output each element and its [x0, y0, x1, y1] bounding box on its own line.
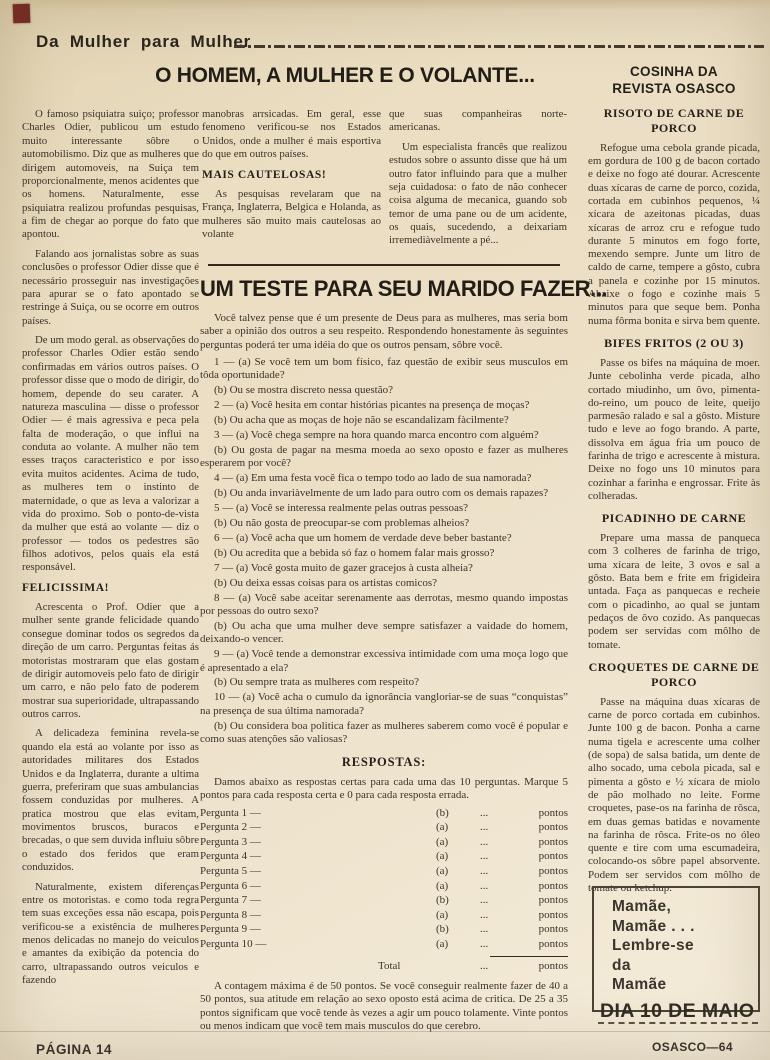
question-6a: 6 — (a) Você acha que um homem de verdad…	[200, 532, 568, 545]
answer-label: Pergunta 4 —	[200, 850, 330, 863]
total-label: Total	[378, 960, 400, 973]
page-edge-shading	[0, 0, 770, 10]
answer-dots: ...	[480, 923, 516, 936]
red-stamp-mark	[13, 4, 31, 24]
total-row: Total ... pontos	[200, 960, 568, 973]
question-1b: (b) Ou se mostra discreto nessa questão?	[200, 384, 568, 397]
question-4b: (b) Ou anda invariàvelmente de um lado p…	[200, 487, 568, 500]
answer-dots: ...	[480, 865, 516, 878]
answer-row: Pergunta 9 — (b) ... pontos	[200, 923, 568, 938]
mamae-ad-date: DIA 10 DE MAIO	[600, 1000, 752, 1023]
recipe-heading: PICADINHO DE CARNE	[588, 511, 760, 526]
volante-column-1: O famoso psiquiatra suiço; professor Cha…	[22, 108, 199, 994]
section-divider-rule	[208, 264, 560, 266]
mamae-ad-box: Mamãe, Mamãe . . . Lembre-se da Mamãe DI…	[592, 886, 760, 1012]
answer-unit: pontos	[516, 865, 568, 878]
answer-row: Pergunta 1 — (b) ... pontos	[200, 807, 568, 822]
article-paragraph: As pesquisas revelaram que na França, In…	[202, 188, 381, 242]
volante-article-title: O HOMEM, A MULHER E O VOLANTE...	[122, 64, 568, 88]
question-9a: 9 — (a) Você tende a demonstrar excessiv…	[200, 648, 568, 675]
question-5a: 5 — (a) Você se interessa realmente pela…	[200, 502, 568, 515]
answer-dots: ...	[480, 938, 516, 951]
respostas-heading: RESPOSTAS:	[200, 755, 568, 770]
article-paragraph: A delicadeza feminina revela-se quando e…	[22, 727, 199, 874]
recipe-body: Passe na máquina duas xícaras de carne d…	[588, 696, 760, 895]
answer-label: Pergunta 7 —	[200, 894, 330, 907]
mamae-line: Mamãe,	[612, 897, 752, 917]
answer-row: Pergunta 5 — (a) ... pontos	[200, 865, 568, 880]
answer-label: Pergunta 2 —	[200, 821, 330, 834]
question-2b: (b) Ou acha que as moças de hoje não se …	[200, 414, 568, 427]
answer-unit: pontos	[516, 909, 568, 922]
answer-dots: ...	[480, 894, 516, 907]
teste-article-title: UM TESTE PARA SEU MARIDO FAZER...	[200, 276, 568, 303]
answer-label: Pergunta 9 —	[200, 923, 330, 936]
cozinha-title-line2: REVISTA OSASCO	[588, 81, 760, 98]
answer-row: Pergunta 6 — (a) ... pontos	[200, 880, 568, 895]
total-dots: ...	[480, 960, 516, 973]
question-7b: (b) Ou deixa essas coisas para os artist…	[200, 577, 568, 590]
answer-label: Pergunta 10 —	[200, 938, 330, 951]
answer-dots: ...	[480, 909, 516, 922]
header-decorative-rule	[234, 45, 764, 48]
teste-article: UM TESTE PARA SEU MARIDO FAZER... Você t…	[200, 264, 568, 1034]
answer-dots: ...	[480, 836, 516, 849]
cozinha-column: COSINHA DA REVISTA OSASCO RISOTO DE CARN…	[588, 64, 760, 895]
question-9b: (b) Ou sempre trata as mulheres com resp…	[200, 676, 568, 689]
section-masthead: Da Mulher para Mulher	[36, 32, 251, 52]
question-8b: (b) Ou acha que uma mulher deve sempre s…	[200, 620, 568, 647]
answer-unit: pontos	[516, 923, 568, 936]
answer-correct: (b)	[436, 923, 480, 936]
question-2a: 2 — (a) Você hesita em contar histórias …	[200, 399, 568, 412]
cozinha-title: COSINHA DA REVISTA OSASCO	[588, 64, 760, 98]
question-1a: 1 — (a) Se você tem um bom físico, faz q…	[200, 356, 568, 383]
teste-intro: Você talvez pense que é um presente de D…	[200, 312, 568, 352]
article-paragraph: Um especialista francês que realizou est…	[389, 141, 567, 248]
answer-unit: pontos	[516, 894, 568, 907]
answer-correct: (a)	[436, 821, 480, 834]
answer-unit: pontos	[516, 821, 568, 834]
mamae-line: da	[612, 956, 752, 976]
mamae-line: Lembre-se	[612, 936, 752, 956]
article-paragraph: Naturalmente, existem diferenças entre o…	[22, 881, 199, 988]
article-paragraph: Acrescenta o Prof. Odier que a mulher se…	[22, 601, 199, 721]
cozinha-title-line1: COSINHA DA	[588, 64, 760, 81]
question-7a: 7 — (a) Você gosta muito de gazer gracej…	[200, 562, 568, 575]
bottom-dash-marks	[598, 1022, 758, 1024]
respostas-intro: Damos abaixo as respostas certas para ca…	[200, 776, 568, 803]
answer-unit: pontos	[516, 850, 568, 863]
scoring-paragraph: A contagem máxima é de 50 pontos. Se voc…	[200, 980, 568, 1034]
answer-unit: pontos	[516, 836, 568, 849]
total-unit: pontos	[516, 960, 568, 973]
answer-row: Pergunta 10 — (a) ... pontos	[200, 938, 568, 953]
recipe-heading: RISOTO DE CARNE DE PORCO	[588, 106, 760, 136]
mamae-line: Mamãe . . .	[612, 917, 752, 937]
total-rule	[490, 956, 568, 957]
edition-label: OSASCO—64	[652, 1040, 733, 1054]
recipe-heading: CROQUETES DE CARNE DE PORCO	[588, 660, 760, 690]
question-8a: 8 — (a) Você sabe aceitar serenamente aa…	[200, 592, 568, 619]
answer-row: Pergunta 4 — (a) ... pontos	[200, 850, 568, 865]
answer-dots: ...	[480, 807, 516, 820]
answer-unit: pontos	[516, 880, 568, 893]
article-paragraph: De um modo geral. as observações do prof…	[22, 334, 199, 575]
answer-label: Pergunta 8 —	[200, 909, 330, 922]
answer-correct: (a)	[436, 865, 480, 878]
article-paragraph: Falando aos jornalistas sobre as suas co…	[22, 248, 199, 328]
answer-label: Pergunta 5 —	[200, 865, 330, 878]
answer-unit: pontos	[516, 807, 568, 820]
answer-row: Pergunta 7 — (b) ... pontos	[200, 894, 568, 909]
answer-row: Pergunta 3 — (a) ... pontos	[200, 836, 568, 851]
answer-unit: pontos	[516, 938, 568, 951]
mamae-line: Mamãe	[612, 975, 752, 995]
question-3b: (b) Ou gosta de pagar na mesma moeda ao …	[200, 444, 568, 471]
answer-row: Pergunta 2 — (a) ... pontos	[200, 821, 568, 836]
answer-correct: (b)	[436, 894, 480, 907]
article-paragraph: manobras arrsicadas. Em geral, esse feno…	[202, 108, 381, 162]
answer-correct: (a)	[436, 836, 480, 849]
article-paragraph: O famoso psiquiatra suiço; professor Cha…	[22, 108, 199, 242]
question-10a: 10 — (a) Você acha o cumulo da ignorânci…	[200, 691, 568, 718]
subheading-mais-cautelosas: MAIS CAUTELOSAS!	[202, 168, 381, 182]
answer-label: Pergunta 6 —	[200, 880, 330, 893]
article-paragraph: que suas companheiras norte-americanas.	[389, 108, 567, 135]
answer-correct: (a)	[436, 850, 480, 863]
answer-label: Pergunta 1 —	[200, 807, 330, 820]
answer-correct: (a)	[436, 938, 480, 951]
answer-label: Pergunta 3 —	[200, 836, 330, 849]
answer-correct: (b)	[436, 807, 480, 820]
question-3a: 3 — (a) Você chega sempre na hora quando…	[200, 429, 568, 442]
volante-column-2: manobras arrsicadas. Em geral, esse feno…	[202, 108, 381, 247]
answer-correct: (a)	[436, 909, 480, 922]
page-number: PÁGINA 14	[36, 1042, 112, 1057]
question-4a: 4 — (a) Em uma festa você fica o tempo t…	[200, 472, 568, 485]
recipe-body: Prepare uma massa de panqueca com 3 colh…	[588, 532, 760, 652]
question-10b: (b) Ou considera boa politica fazer as m…	[200, 720, 568, 747]
volante-column-3: que suas companheiras norte-americanas. …	[389, 108, 567, 254]
answer-row: Pergunta 8 — (a) ... pontos	[200, 909, 568, 924]
page-crease-line	[0, 1031, 770, 1032]
recipe-heading: BIFES FRITOS (2 OU 3)	[588, 336, 760, 351]
answer-dots: ...	[480, 880, 516, 893]
recipe-body: Refogue uma cebola grande picada, em gor…	[588, 142, 760, 328]
question-5b: (b) Ou não gosta de preocupar-se com pro…	[200, 517, 568, 530]
subheading-felicissima: FELICISSIMA!	[22, 581, 199, 595]
recipe-body: Passe os bifes na máquina de moer. Junte…	[588, 357, 760, 503]
question-6b: (b) Ou acredita que a bebida só faz o ho…	[200, 547, 568, 560]
answer-correct: (a)	[436, 880, 480, 893]
answer-dots: ...	[480, 821, 516, 834]
answer-dots: ...	[480, 850, 516, 863]
